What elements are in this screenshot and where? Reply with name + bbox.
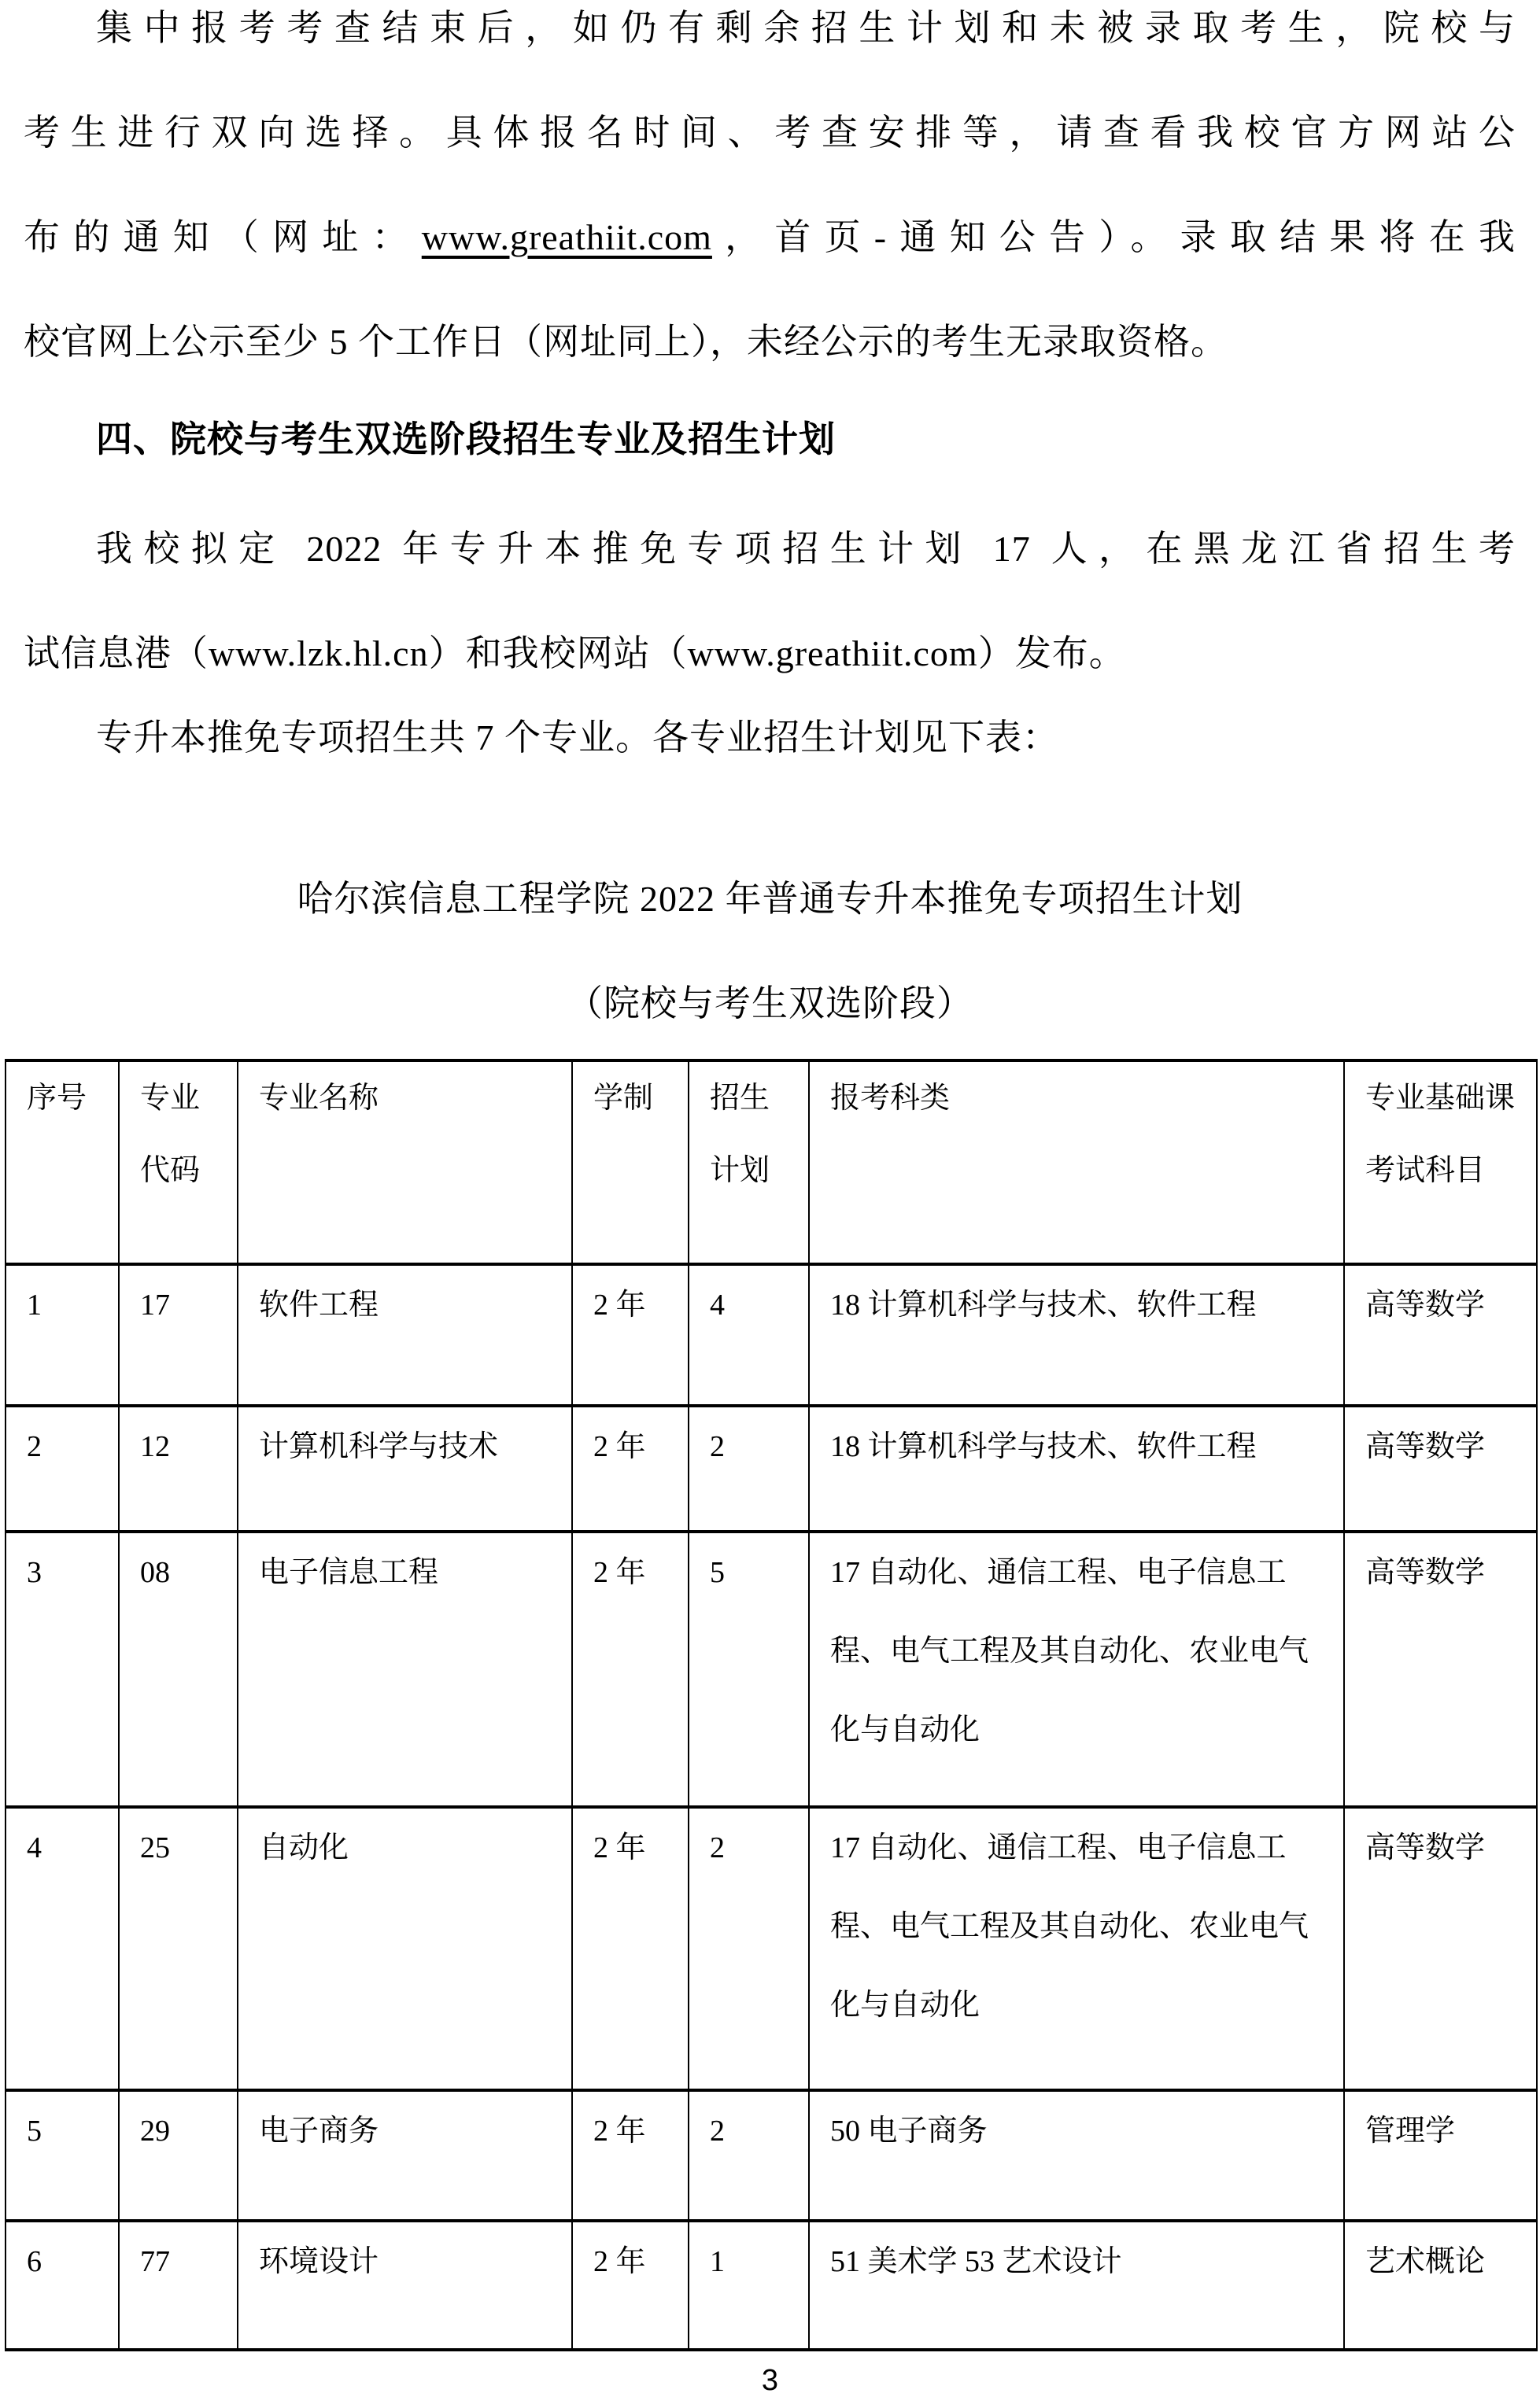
cell-subject: 高等数学 [1344, 1264, 1537, 1406]
cell-seq: 4 [6, 1807, 119, 2090]
cell-category: 17 自动化、通信工程、电子信息工程、电气工程及其自动化、农业电气化与自动化 [809, 1807, 1344, 2090]
header-line: 考试科目 [1365, 1134, 1522, 1207]
cell-code: 12 [119, 1406, 238, 1532]
cell-subject: 高等数学 [1344, 1807, 1537, 2090]
cell-major: 电子信息工程 [238, 1532, 572, 1807]
paragraph-line: 专升本推免专项招生共 7 个专业。各专业招生计划见下表： [24, 685, 1516, 790]
cell-seq: 1 [6, 1264, 119, 1406]
table-row: 4 25 自动化 2 年 2 17 自动化、通信工程、电子信息工程、电气工程及其… [6, 1807, 1537, 2090]
cell-category: 18 计算机科学与技术、软件工程 [809, 1264, 1344, 1406]
cell-code: 08 [119, 1532, 238, 1807]
school-website-link[interactable]: www.greathiit.com [422, 217, 712, 257]
text-run: 布的通知（网址： [24, 217, 422, 257]
cell-seq: 2 [6, 1406, 119, 1532]
table-title: 哈尔滨信息工程学院 2022 年普通专升本推免专项招生计划 [0, 846, 1540, 951]
cell-category: 18 计算机科学与技术、软件工程 [809, 1406, 1344, 1532]
header-years: 学制 [572, 1060, 689, 1264]
cell-years: 2 年 [572, 1532, 689, 1807]
cell-major: 电子商务 [238, 2090, 572, 2221]
paragraph-plan-announcement: 我校拟定 2022 年专升本推免专项招生计划 17 人，在黑龙江省招生考 试信息… [24, 496, 1516, 706]
cell-major: 软件工程 [238, 1264, 572, 1406]
header-category: 报考科类 [809, 1060, 1344, 1264]
cell-subject: 管理学 [1344, 2090, 1537, 2221]
text-run: ，首页-通知公告）。录取结果将在我 [712, 217, 1516, 257]
page-number: 3 [0, 2360, 1540, 2401]
paragraph-line: 考生进行双向选择。具体报名时间、考查安排等，请查看我校官方网站公 [24, 80, 1516, 185]
table-subtitle: （院校与考生双选阶段） [0, 951, 1540, 1056]
cell-years: 2 年 [572, 2090, 689, 2221]
cell-plan: 2 [689, 1807, 809, 2090]
cell-code: 29 [119, 2090, 238, 2221]
table-row: 5 29 电子商务 2 年 2 50 电子商务 管理学 [6, 2090, 1537, 2221]
cell-major: 环境设计 [238, 2221, 572, 2350]
cell-plan: 2 [689, 2090, 809, 2221]
cell-category: 51 美术学 53 艺术设计 [809, 2221, 1344, 2350]
cell-code: 77 [119, 2221, 238, 2350]
cell-seq: 5 [6, 2090, 119, 2221]
cell-major: 计算机科学与技术 [238, 1406, 572, 1532]
header-subject: 专业基础课 考试科目 [1344, 1060, 1537, 1264]
cell-code: 17 [119, 1264, 238, 1406]
cell-category: 50 电子商务 [809, 2090, 1344, 2221]
cell-subject: 高等数学 [1344, 1406, 1537, 1532]
cell-plan: 4 [689, 1264, 809, 1406]
paragraph-line: 我校拟定 2022 年专升本推免专项招生计划 17 人，在黑龙江省招生考 [24, 496, 1516, 601]
header-line: 代码 [140, 1134, 223, 1207]
header-major-name: 专业名称 [238, 1060, 572, 1264]
table-row: 3 08 电子信息工程 2 年 5 17 自动化、通信工程、电子信息工程、电气工… [6, 1532, 1537, 1807]
cell-years: 2 年 [572, 1406, 689, 1532]
header-plan: 招生 计划 [689, 1060, 809, 1264]
header-seq: 序号 [6, 1060, 119, 1264]
document-page: 集中报考考查结束后，如仍有剩余招生计划和未被录取考生，院校与 考生进行双向选择。… [0, 0, 1540, 2408]
cell-seq: 3 [6, 1532, 119, 1807]
admission-plan-table: 序号 专业 代码 专业名称 学制 招生 计划 报考科类 专业基础课 考试科目 1… [5, 1059, 1538, 2351]
table-row: 6 77 环境设计 2 年 1 51 美术学 53 艺术设计 艺术概论 [6, 2221, 1537, 2350]
header-line: 招生 [710, 1062, 794, 1134]
paragraph-two-way-selection: 集中报考考查结束后，如仍有剩余招生计划和未被录取考生，院校与 考生进行双向选择。… [24, 0, 1516, 394]
paragraph-line: 集中报考考查结束后，如仍有剩余招生计划和未被录取考生，院校与 [24, 0, 1516, 80]
header-major-code: 专业 代码 [119, 1060, 238, 1264]
cell-subject: 艺术概论 [1344, 2221, 1537, 2350]
cell-major: 自动化 [238, 1807, 572, 2090]
paragraph-seven-majors: 专升本推免专项招生共 7 个专业。各专业招生计划见下表： [24, 685, 1516, 790]
paragraph-line: 校官网上公示至少 5 个工作日（网址同上），未经公示的考生无录取资格。 [24, 289, 1516, 394]
cell-years: 2 年 [572, 1807, 689, 2090]
table-header-row: 序号 专业 代码 专业名称 学制 招生 计划 报考科类 专业基础课 考试科目 [6, 1060, 1537, 1264]
cell-plan: 1 [689, 2221, 809, 2350]
cell-years: 2 年 [572, 2221, 689, 2350]
cell-code: 25 [119, 1807, 238, 2090]
header-line: 计划 [710, 1134, 794, 1207]
cell-subject: 高等数学 [1344, 1532, 1537, 1807]
cell-seq: 6 [6, 2221, 119, 2350]
cell-plan: 2 [689, 1406, 809, 1532]
paragraph-line: 布的通知（网址：www.greathiit.com，首页-通知公告）。录取结果将… [24, 185, 1516, 289]
section-4-heading: 四、院校与考生双选阶段招生专业及招生计划 [24, 387, 1516, 492]
header-line: 专业 [140, 1062, 223, 1134]
table-row: 1 17 软件工程 2 年 4 18 计算机科学与技术、软件工程 高等数学 [6, 1264, 1537, 1406]
cell-years: 2 年 [572, 1264, 689, 1406]
header-line: 专业基础课 [1365, 1062, 1522, 1134]
cell-category: 17 自动化、通信工程、电子信息工程、电气工程及其自动化、农业电气化与自动化 [809, 1532, 1344, 1807]
cell-plan: 5 [689, 1532, 809, 1807]
table-row: 2 12 计算机科学与技术 2 年 2 18 计算机科学与技术、软件工程 高等数… [6, 1406, 1537, 1532]
